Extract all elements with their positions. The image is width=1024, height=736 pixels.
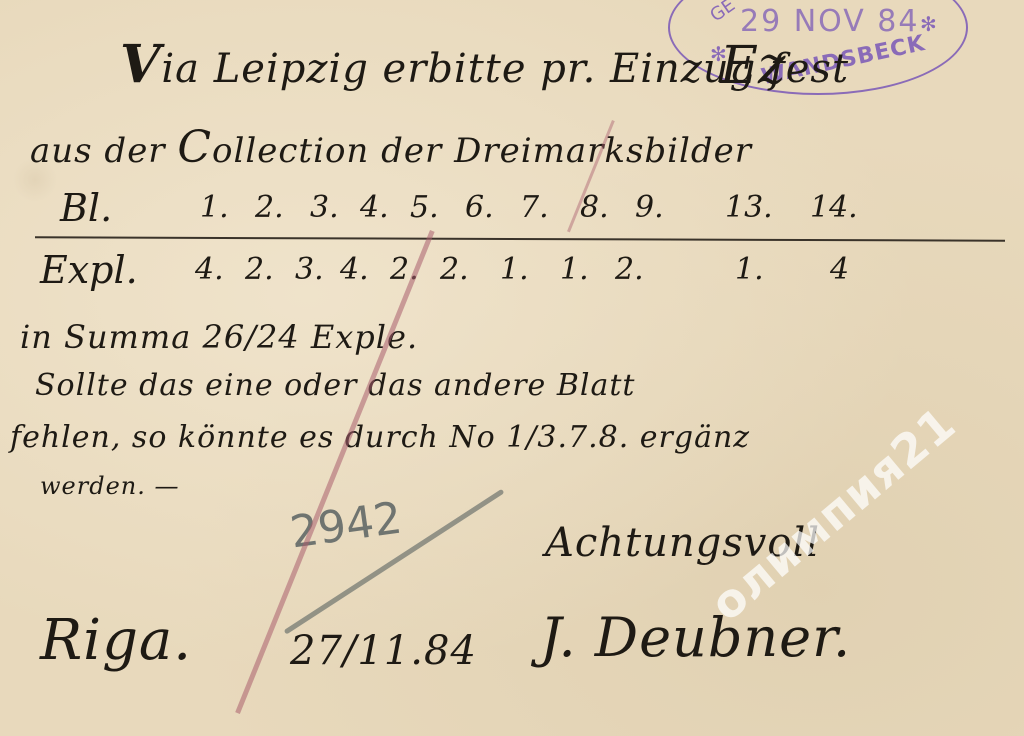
- copies-count: 1.: [560, 252, 589, 287]
- initial-letter: V: [120, 34, 161, 95]
- sheet-number: 6.: [465, 190, 494, 225]
- sheet-number: 4.: [360, 190, 389, 225]
- copies-count: 3.: [295, 252, 324, 287]
- letter-line-5: fehlen, so könnte es durch No 1/3.7.8. e…: [10, 420, 750, 455]
- sheet-number: 1.: [200, 190, 229, 225]
- copies-count: 2.: [615, 252, 644, 287]
- copies-label: Expl.: [40, 248, 138, 292]
- letter-line-summa: in Summa 26/24 Exple.: [20, 318, 418, 356]
- sheet-label: Bl.: [60, 186, 112, 230]
- place-name: Riga.: [40, 608, 192, 673]
- letter-line-4: Sollte das eine oder das andere Blatt: [35, 368, 635, 403]
- copies-count: 4.: [195, 252, 224, 287]
- sheet-number: 3.: [310, 190, 339, 225]
- copies-count: 4.: [340, 252, 369, 287]
- line-2-capital: C: [177, 122, 212, 173]
- line-2-prefix: aus der: [30, 131, 177, 171]
- copies-count: 4: [830, 252, 849, 287]
- letter-date: 27/11.84: [290, 628, 477, 674]
- sheet-number: 2.: [255, 190, 284, 225]
- table-divider: [35, 236, 1005, 241]
- copies-count: 2.: [440, 252, 469, 287]
- letter-line-2: aus der Collection der Dreimarksbilder: [30, 122, 752, 173]
- sheet-number: 5.: [410, 190, 439, 225]
- copies-count: 1.: [735, 252, 764, 287]
- sheet-number: 13.: [725, 190, 773, 225]
- letter-line-6: werden. —: [40, 472, 180, 500]
- sheet-number: 9.: [635, 190, 664, 225]
- postcard: GE 29 NOV 84 ✻ ✻ WANDSBECK Via Leipzig e…: [0, 0, 1024, 736]
- sheet-number: 7.: [520, 190, 549, 225]
- sheet-number: 14.: [810, 190, 858, 225]
- copies-count: 2.: [245, 252, 274, 287]
- overwritten-ink-mark: Ez: [720, 36, 785, 96]
- copies-count: 1.: [500, 252, 529, 287]
- line-2-text: ollection der Dreimarksbilder: [212, 131, 752, 171]
- postmark-top-text: GE: [706, 0, 739, 26]
- signature: J. Deubner.: [540, 606, 851, 669]
